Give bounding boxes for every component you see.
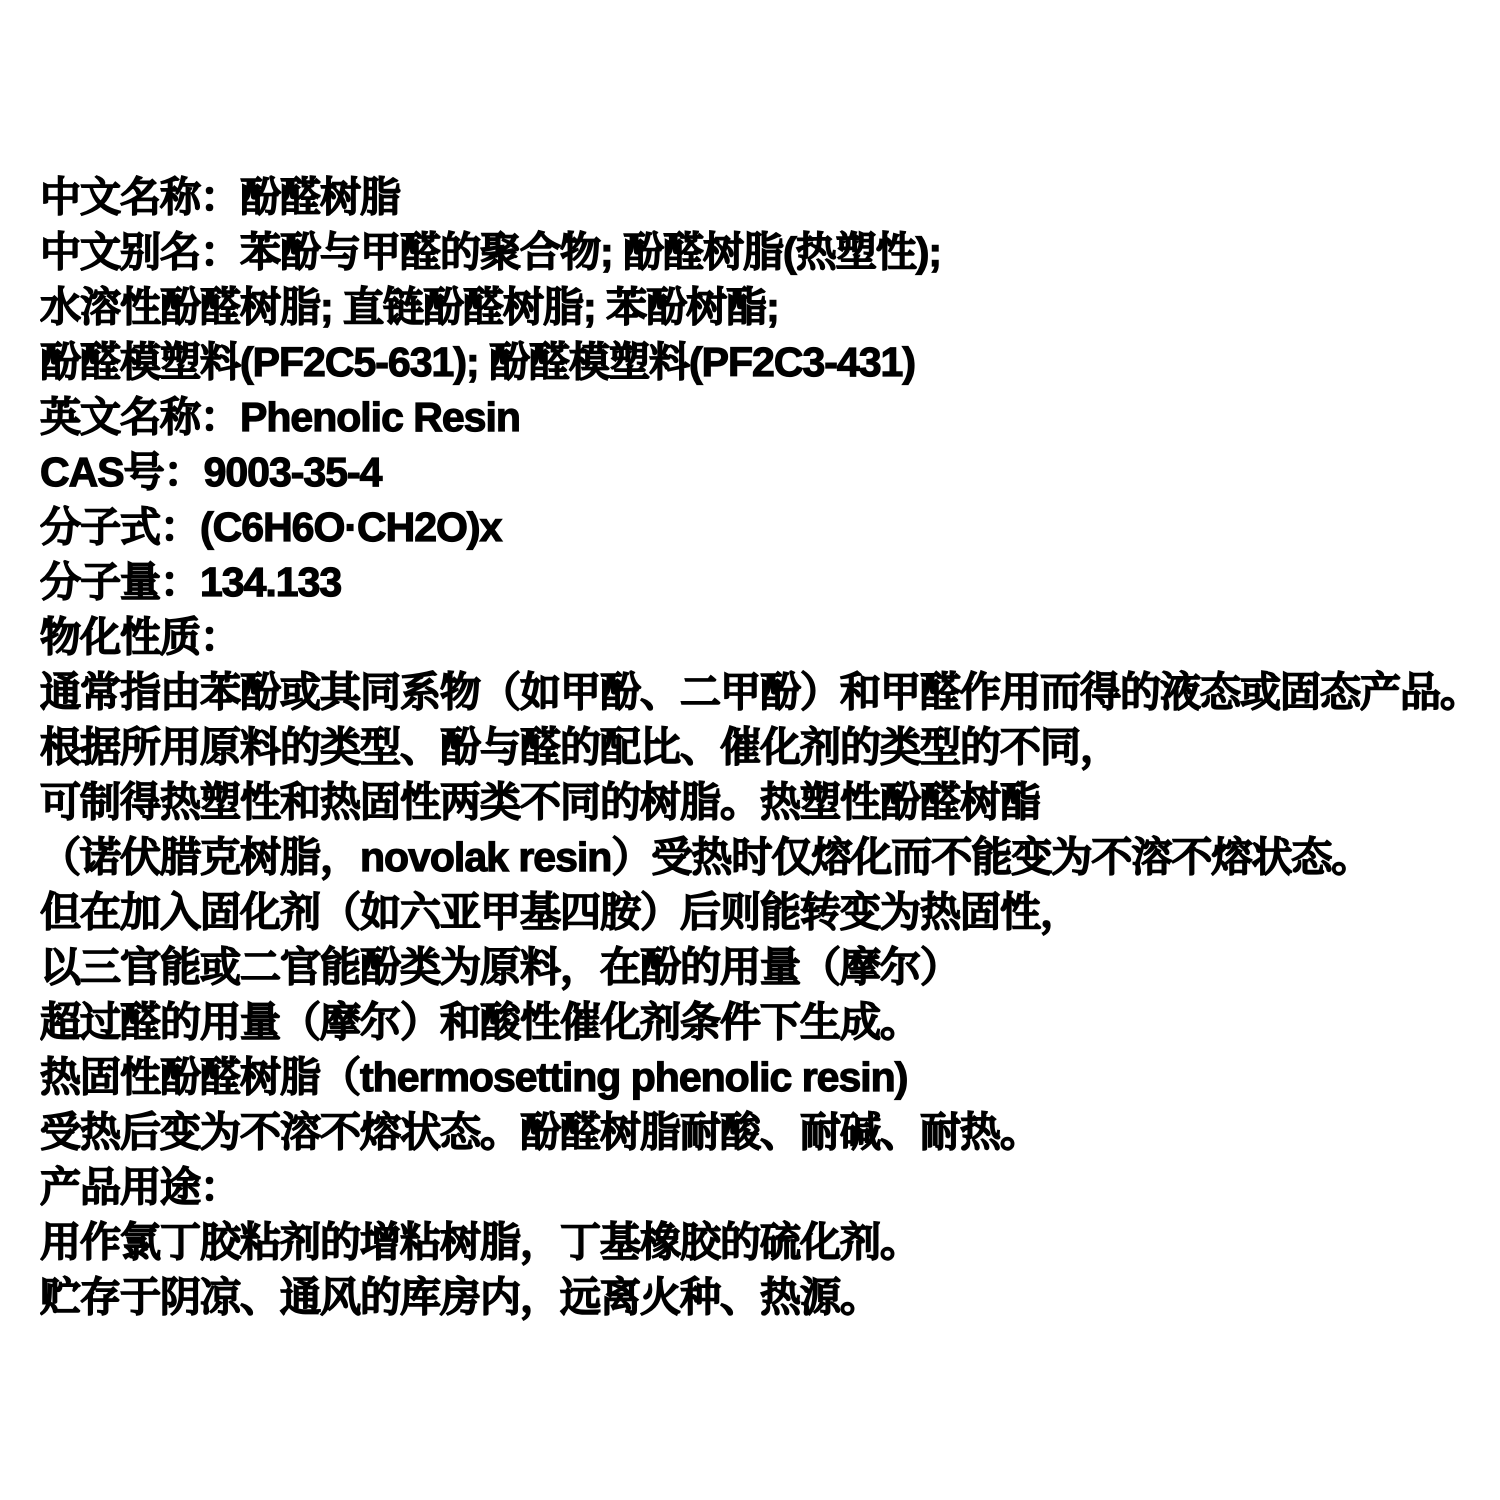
line-properties-7: 超过醛的用量（摩尔）和酸性催化剂条件下生成。 [40,995,1496,1050]
line-cas-number: CAS号：9003-35-4 [40,445,1496,500]
line-properties-1: 通常指由苯酚或其同系物（如甲酚、二甲酚）和甲醛作用而得的液态或固态产品。 [40,665,1496,720]
line-chinese-name: 中文名称：酚醛树脂 [40,170,1496,225]
line-storage: 贮存于阴凉、通风的库房内，远离火种、热源。 [40,1270,1496,1325]
line-properties-4: （诺伏腊克树脂，novolak resin）受热时仅熔化而不能变为不溶不熔状态。 [40,830,1496,885]
line-english-name: 英文名称：Phenolic Resin [40,390,1496,445]
line-properties-8: 热固性酚醛树脂（thermosetting phenolic resin) [40,1050,1496,1105]
chemical-info-text-block: 中文名称：酚醛树脂 中文别名：苯酚与甲醛的聚合物; 酚醛树脂(热塑性); 水溶性… [40,170,1496,1325]
line-chinese-alias-1: 中文别名：苯酚与甲醛的聚合物; 酚醛树脂(热塑性); [40,225,1496,280]
product-info-page: { "document": { "colors": { "background"… [0,0,1500,1500]
line-properties-5: 但在加入固化剂（如六亚甲基四胺）后则能转变为热固性， [40,885,1496,940]
line-properties-6: 以三官能或二官能酚类为原料，在酚的用量（摩尔） [40,940,1496,995]
line-properties-2: 根据所用原料的类型、酚与醛的配比、催化剂的类型的不同， [40,720,1496,775]
line-usage-heading: 产品用途： [40,1160,1496,1215]
line-chinese-alias-2: 水溶性酚醛树脂; 直链酚醛树脂; 苯酚树酯; [40,280,1496,335]
line-properties-9: 受热后变为不溶不熔状态。酚醛树脂耐酸、耐碱、耐热。 [40,1105,1496,1160]
line-molecular-formula: 分子式：(C6H6O·CH2O)x [40,500,1496,555]
line-properties-heading: 物化性质： [40,610,1496,665]
line-molecular-weight: 分子量：134.133 [40,555,1496,610]
line-properties-3: 可制得热塑性和热固性两类不同的树脂。热塑性酚醛树酯 [40,775,1496,830]
line-usage-1: 用作氯丁胶粘剂的增粘树脂，丁基橡胶的硫化剂。 [40,1215,1496,1270]
line-chinese-alias-3: 酚醛模塑料(PF2C5-631); 酚醛模塑料(PF2C3-431) [40,335,1496,390]
